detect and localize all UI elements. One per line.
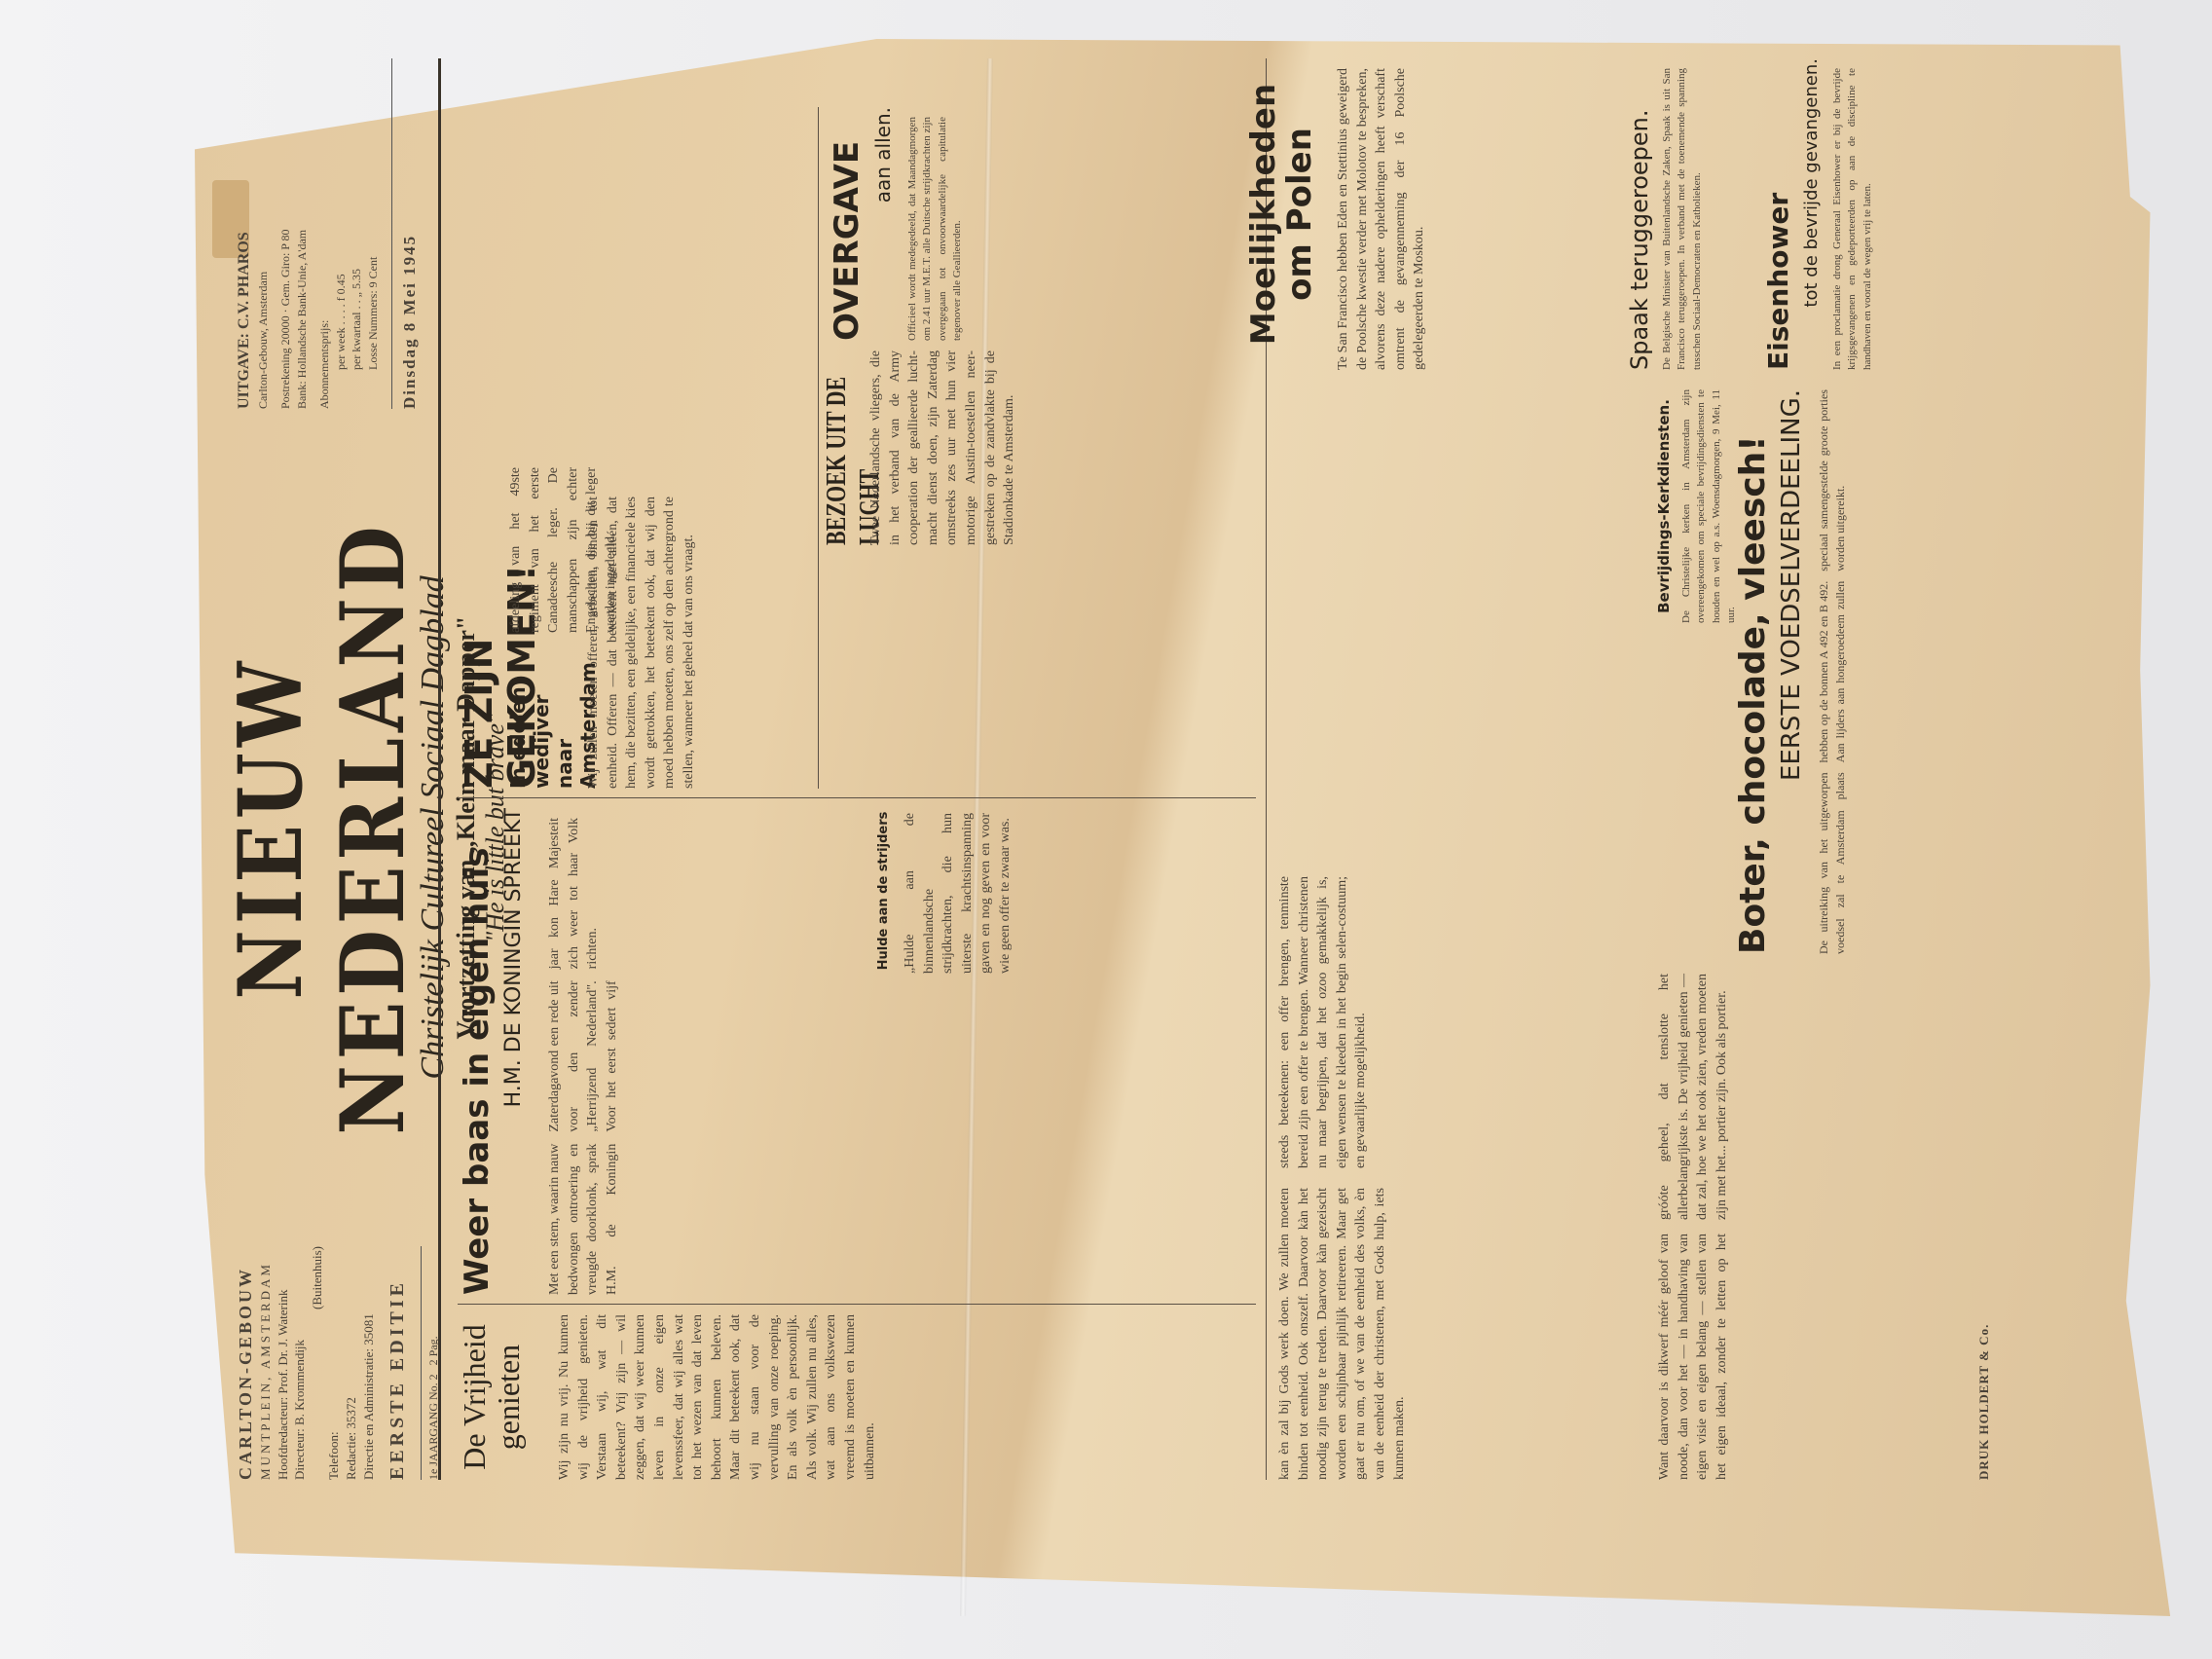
article-spaak-body: De Belgische Minister van Buitenlandsche… [1660,68,1705,370]
article-polen-body: Te San Francisco hebben Eden en Stettini… [1334,68,1429,370]
headline-eisenhower: Eisenhower [1762,58,1794,370]
newspaper-content: CARLTON-GEBOUW MUNTPLEIN, AMSTERDAM Hoof… [195,19,2025,1519]
column-text: kan èn zal bij Gods werk doen. We zullen… [1275,1188,1409,1480]
subscription-label: Abonnementsprijs: [316,58,333,409]
headline-polen: Moeilijkheden om Polen [1246,58,1319,370]
director-note: (Buitenhuis) [309,1246,326,1480]
subheadline-aan-allen: aan allen. [871,107,895,253]
masthead-rule [438,58,441,1480]
article-voedsel-body: De uitreiking van het uitgeworpen voedse… [1816,389,1849,954]
printer-credit: DRUK HOLDERT & Co. [1976,1324,1992,1480]
article-koningin-body: Met een stem, waarin nauw bedwongen ontr… [545,818,866,1295]
subheadline-voedselverdeeling: EERSTE VOEDSELVERDEELING. [1777,389,1806,837]
column-text: Want daarvoor is dikwerf méér geloof van… [1655,974,1731,1480]
masthead-right-info: UITGAVE: C.V. PHAROS Carlton-Gebouw, Ams… [234,58,422,409]
headline-kerkdiensten: Bevrijdings-Kerkdiensten. [1655,389,1673,623]
masthead-left-info: CARLTON-GEBOUW MUNTPLEIN, AMSTERDAM Hoof… [234,1246,441,1480]
director: Directeur: B. Krommendijk [291,1246,309,1480]
price-single: Losse Nummers: 9 Cent [365,58,382,409]
column-text: steeds beteekenen: een offer brengen, te… [1275,876,1371,1168]
column-divider [458,1304,1256,1305]
article-kerkdiensten-body: De Christelijke kerken in Amsterdam zijn… [1679,389,1740,623]
editor-in-chief: Hoofdredacteur: Prof. Dr. J. Waterink [275,1246,292,1480]
article-hulde-body: „Hulde aan de binnenlandsche strijdkrach… [901,813,1015,974]
article-overgave-body: Officieel wordt medegedeeld, dat Maandag… [905,117,966,341]
building-name: CARLTON-GEBOUW [234,1246,257,1480]
publisher: UITGAVE: C.V. PHAROS [234,58,255,409]
headline-voedsel: Boter, chocolade, vleesch! [1733,389,1773,954]
section-divider [818,107,819,789]
giro-info: Postrekening 20000 · Gem. Giro: P 80 [277,58,294,409]
newspaper-title: NIEUW NEDERLAND [220,438,424,1217]
headline-spaak: Spaak teruggeroepen. [1626,58,1653,370]
headline-overgave: OVERGAVE [828,107,866,341]
bank-info: Bank: Hollandsche Bank-Unie, A'dam [294,58,311,409]
subheadline-koningin: H.M. DE KONINGIN SPREEKT [501,808,526,1198]
column-divider [458,797,1256,798]
headline-weer-baas: Weer baas in eigen huis [458,808,497,1295]
phone-editorial: Redactie: 35372 [343,1246,360,1480]
issue-date: Dinsdag 8 Mei 1945 [391,58,422,409]
phone-label: Telefoon: [325,1246,343,1480]
article-lucht-body: Twee Nederlandsche vliegers, die in het … [866,350,1019,545]
headline-vrijheid: De Vrijheid genieten [458,1314,526,1480]
phone-administration: Directie en Administratie: 35081 [360,1246,378,1480]
article-eisenhower-body: In een proclamatie drong Generaal Eisenh… [1830,68,1875,370]
headline-hulde: Hulde aan de strijders [876,808,891,974]
masthead: CARLTON-GEBOUW MUNTPLEIN, AMSTERDAM Hoof… [234,58,428,1480]
publisher-address: Carlton-Gebouw, Amsterdam [255,58,272,409]
address: MUNTPLEIN, AMSTERDAM [257,1246,275,1480]
edition-label: EERSTE EDITIE [385,1246,411,1480]
price-quarter: per kwartaal . . „ 5.35 [349,58,365,409]
column-text: Wij zullen moeten offeren, arbeiden, bin… [584,497,699,789]
subheadline-gevangenen: tot de bevrijde gevangenen. [1801,58,1822,370]
article-vrijheid-body: Wij zijn nu vrij. Nu kunnen wij de vrijh… [555,1314,879,1480]
price-week: per week . . . . f 0.45 [333,58,350,409]
